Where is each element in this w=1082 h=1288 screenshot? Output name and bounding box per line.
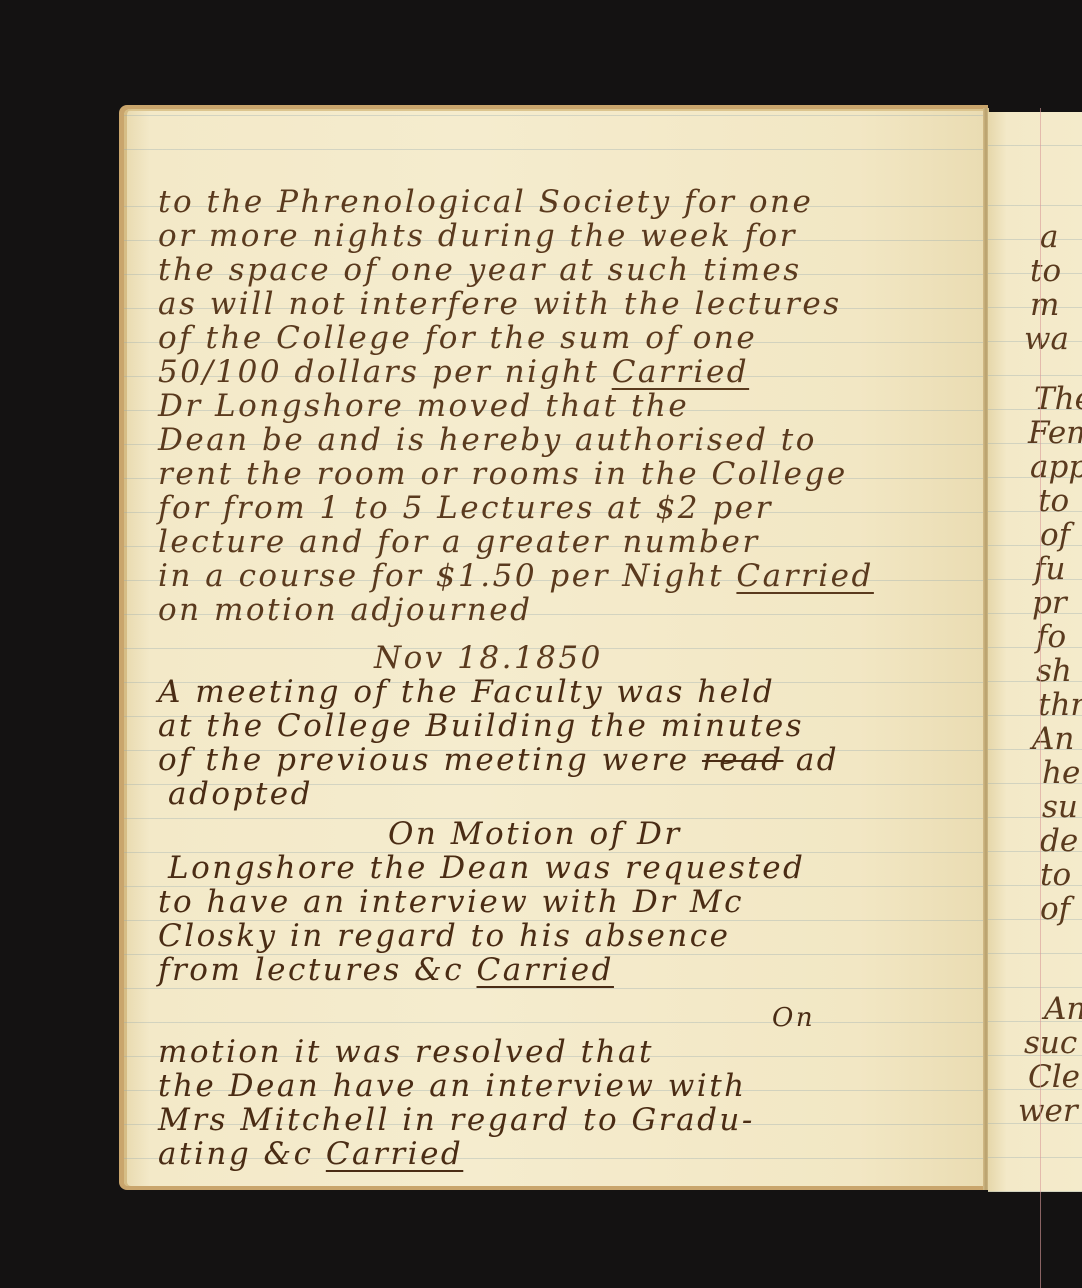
text-segment: ating &c [158, 1136, 326, 1172]
text-fragment: An [1044, 992, 1082, 1026]
text-fragment: app [1030, 450, 1082, 484]
text-line: for from 1 to 5 Lectures at $2 per [158, 491, 773, 525]
text-segment: ad [783, 742, 839, 778]
text-fragment: suc [1024, 1026, 1077, 1060]
text-line: the space of one year at such times [158, 253, 802, 287]
text-fragment: a [1040, 220, 1058, 254]
text-line: of the College for the sum of one [158, 321, 757, 355]
text-line: ating &c Carried [158, 1137, 463, 1171]
text-fragment: of [1040, 892, 1070, 926]
text-fragment: de [1040, 824, 1078, 858]
text-fragment: Fem [1028, 416, 1082, 450]
carried-underlined: Carried [612, 354, 749, 390]
text-fragment: to [1040, 858, 1071, 892]
text-line: Dr Longshore moved that the [158, 389, 689, 423]
text-line: Mrs Mitchell in regard to Gradu- [158, 1103, 755, 1137]
text-line: adopted [168, 777, 313, 811]
text-line: motion it was resolved that [158, 1035, 654, 1069]
text-line: Dean be and is hereby authorised to [158, 423, 817, 457]
text-fragment: sh [1036, 654, 1072, 688]
text-line: as will not interfere with the lectures [158, 287, 842, 321]
text-fragment: su [1042, 790, 1078, 824]
text-fragment: Cle [1028, 1060, 1080, 1094]
text-fragment: thr [1038, 688, 1082, 722]
text-fragment: he [1042, 756, 1080, 790]
text-line: On Motion of Dr [388, 817, 682, 851]
text-fragment: The [1034, 382, 1082, 416]
text-segment: 50/100 dollars per night [158, 354, 612, 390]
text-line: to have an interview with Dr Mc [158, 885, 744, 919]
text-line: of the previous meeting were read ad [158, 743, 839, 777]
text-fragment: pr [1032, 586, 1067, 620]
text-fragment: An [1032, 722, 1074, 756]
text-line: rent the room or rooms in the College [158, 457, 848, 491]
text-fragment: wer [1018, 1094, 1078, 1128]
carried-underlined: Carried [326, 1136, 463, 1172]
margin-rule [1040, 108, 1041, 1288]
text-fragment: m [1030, 288, 1059, 322]
text-line: On [772, 1001, 815, 1035]
carried-underlined: Carried [736, 558, 873, 594]
text-line: 50/100 dollars per night Carried [158, 355, 749, 389]
carried-underlined: Carried [477, 952, 614, 988]
text-line: Longshore the Dean was requested [168, 851, 805, 885]
text-segment: from lectures &c [158, 952, 477, 988]
text-line: on motion adjourned [158, 593, 532, 627]
handwritten-text: to the Phrenological Society for one or … [124, 109, 986, 1186]
text-fragment: wa [1024, 322, 1069, 356]
text-line: at the College Building the minutes [158, 709, 804, 743]
struck-word: read [702, 742, 784, 778]
text-segment: of the previous meeting were [158, 742, 702, 778]
text-line: A meeting of the Faculty was held [158, 675, 775, 709]
text-line: from lectures &c Carried [158, 953, 614, 987]
text-fragment: of [1040, 518, 1070, 552]
text-fragment: to [1038, 484, 1069, 518]
book-spread: 18 to the Phrenological Society for one … [0, 0, 1082, 1288]
text-fragment: fu [1034, 552, 1065, 586]
meeting-date: Nov 18.1850 [374, 641, 603, 675]
text-line: lecture and for a greater number [158, 525, 760, 559]
left-page: 18 to the Phrenological Society for one … [124, 109, 986, 1186]
text-line: or more nights during the week for [158, 219, 797, 253]
text-fragment: to [1030, 254, 1061, 288]
text-line: to the Phrenological Society for one [158, 185, 813, 219]
text-line: the Dean have an interview with [158, 1069, 747, 1103]
right-page: a to m wa The Fem app to of fu pr fo sh … [988, 112, 1082, 1192]
text-segment: in a course for $1.50 per Night [158, 558, 736, 594]
text-line: in a course for $1.50 per Night Carried [158, 559, 874, 593]
text-line: Closky in regard to his absence [158, 919, 730, 953]
